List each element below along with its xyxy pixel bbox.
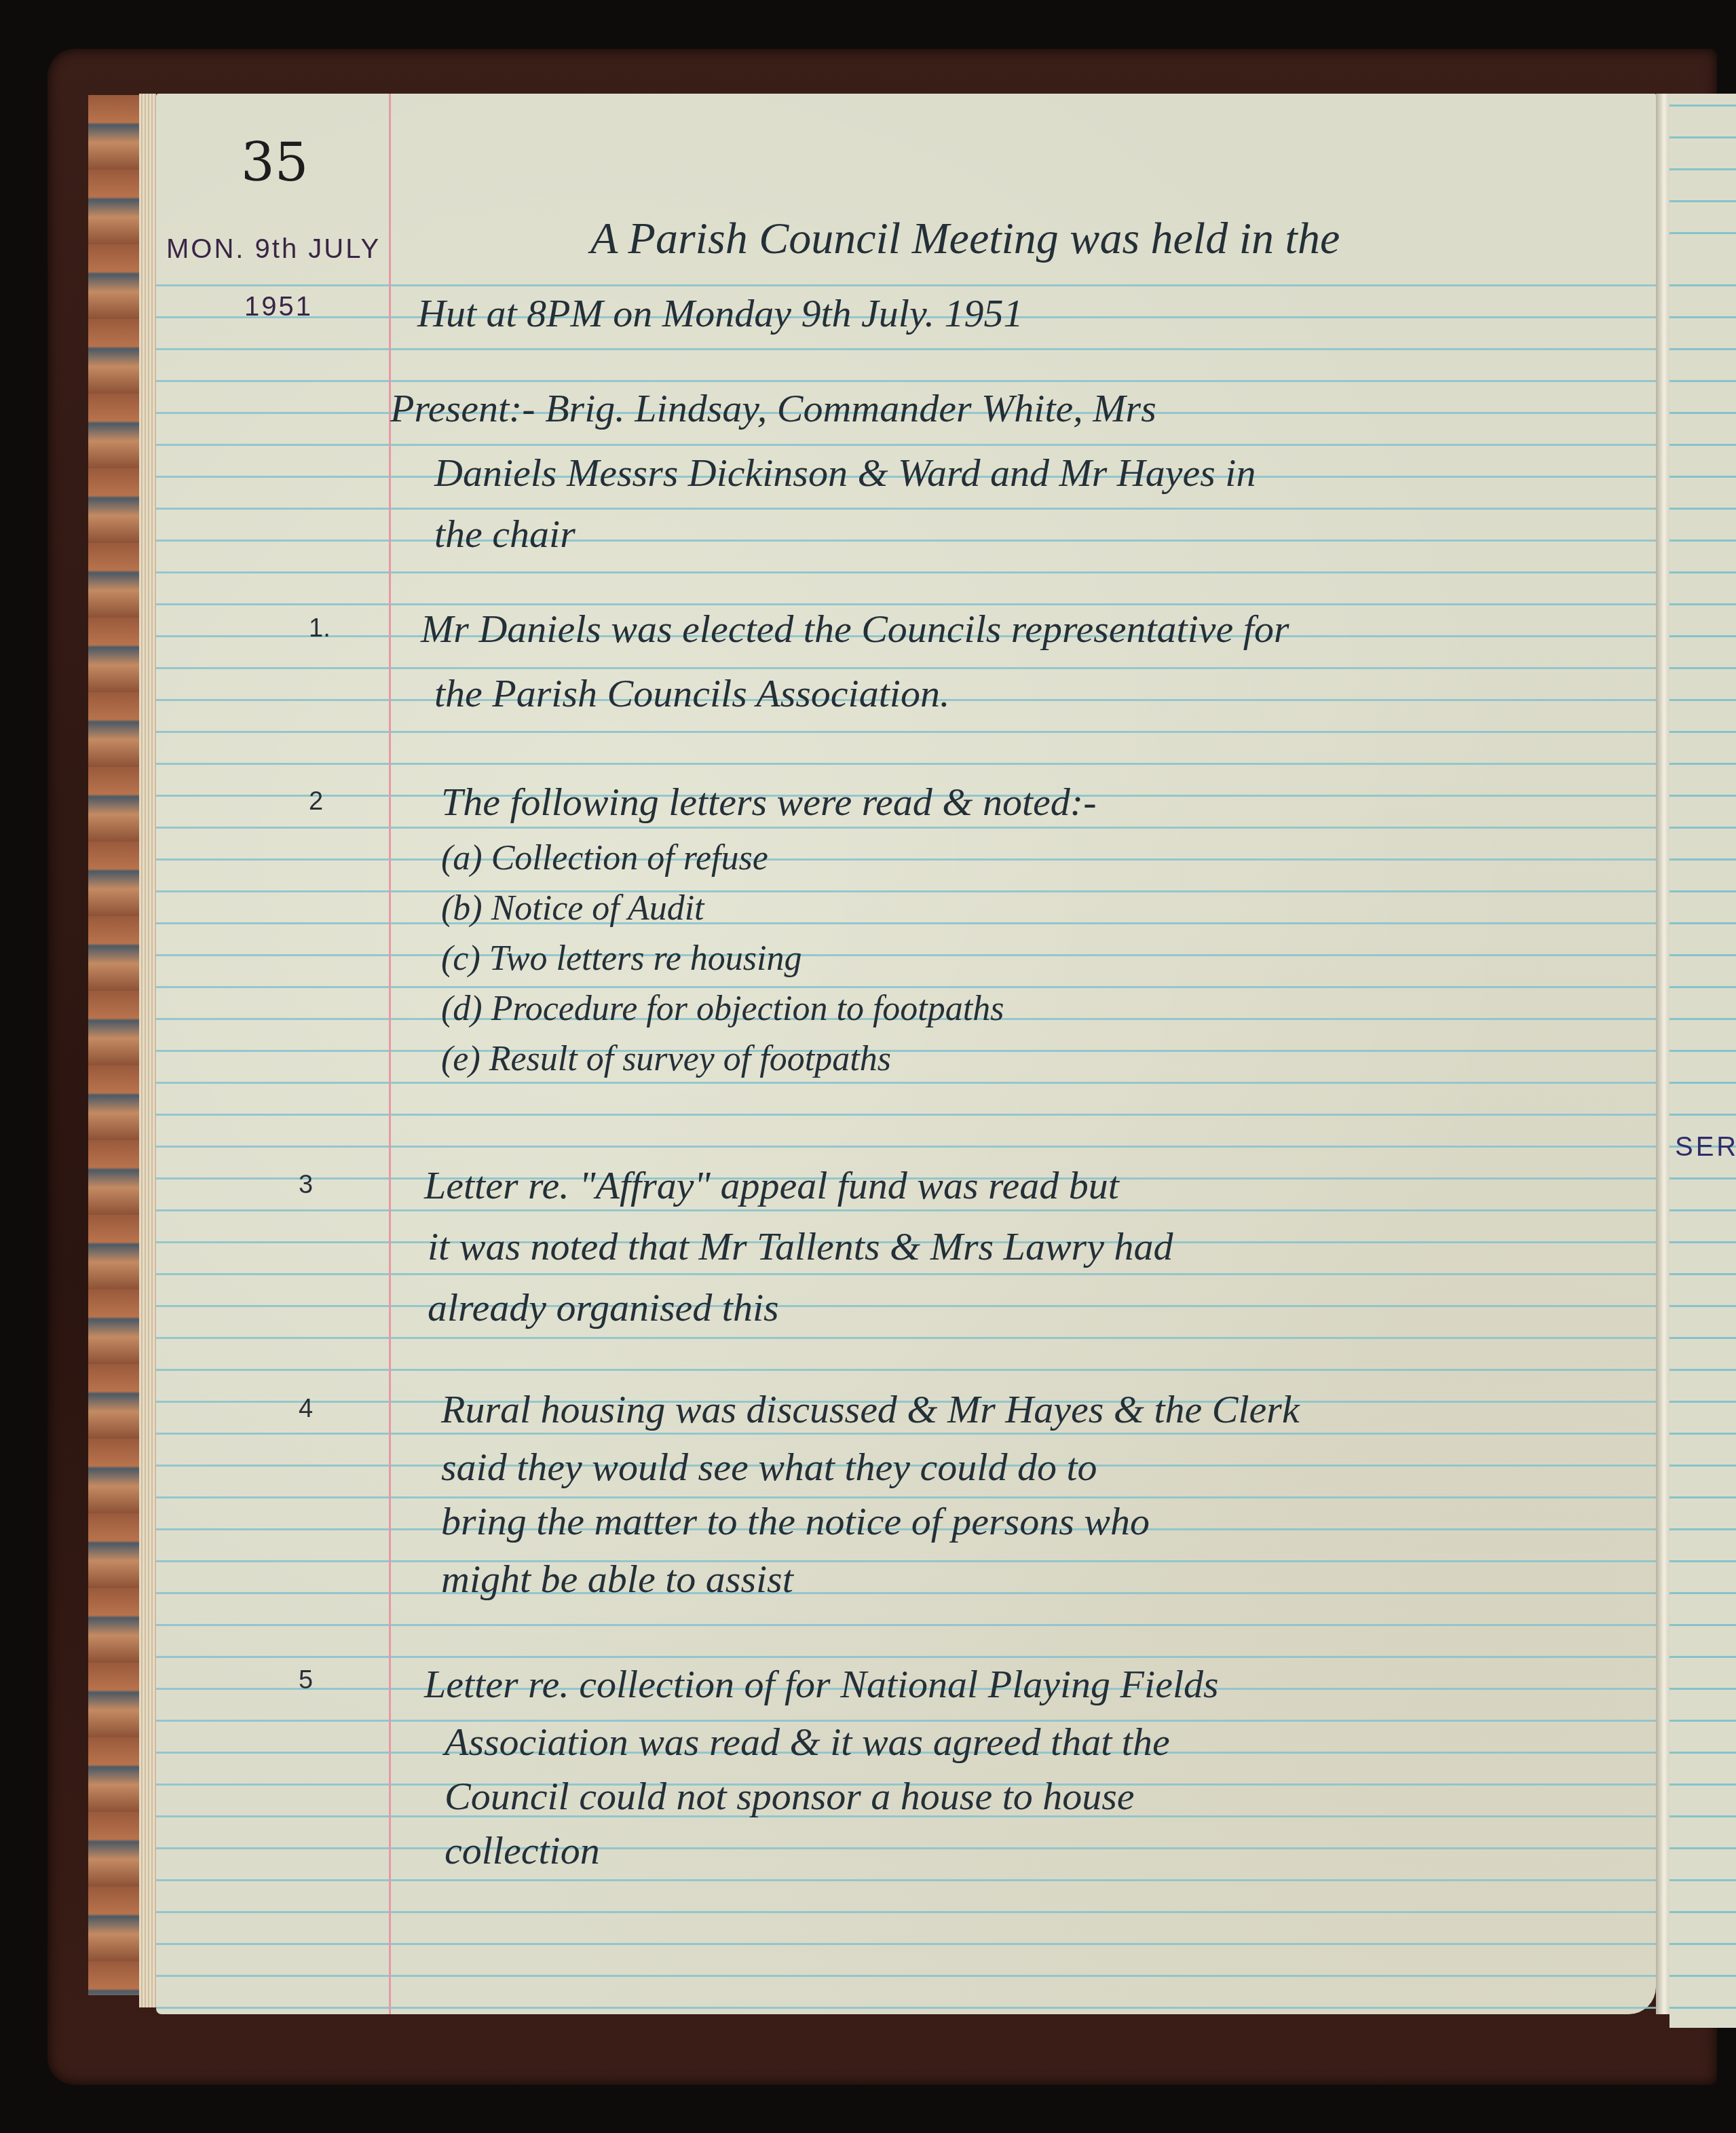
present-line-3: the chair bbox=[434, 502, 575, 565]
item-5-line-1: Letter re. collection of for National Pl… bbox=[424, 1653, 1219, 1716]
item-number: 3 bbox=[299, 1171, 313, 1200]
item-3-line-3: already organised this bbox=[428, 1276, 779, 1339]
item-number: 1. bbox=[309, 614, 331, 643]
facing-page-fragment: SER bbox=[1675, 1132, 1736, 1163]
opening-line-2: Hut at 8PM on Monday 9th July. 1951 bbox=[417, 282, 1023, 345]
item-1-line-2: the Parish Councils Association. bbox=[434, 662, 949, 725]
item-4-line-1: Rural housing was discussed & Mr Hayes &… bbox=[441, 1378, 1300, 1441]
item-3-line-2: it was noted that Mr Tallents & Mrs Lawr… bbox=[428, 1215, 1173, 1278]
margin-date: MON. 9th JULY bbox=[166, 234, 381, 265]
item-5-line-4: collection bbox=[445, 1819, 600, 1882]
book-gutter bbox=[1656, 94, 1669, 2014]
facing-page bbox=[1669, 94, 1736, 2028]
page-stack bbox=[139, 94, 156, 2007]
opening-line-1: A Parish Council Meeting was held in the bbox=[590, 207, 1340, 270]
item-number: 5 bbox=[299, 1666, 313, 1695]
item-2-line-1: The following letters were read & noted:… bbox=[441, 770, 1096, 833]
item-3-line-1: Letter re. "Affray" appeal fund was read… bbox=[424, 1154, 1119, 1217]
margin-year: 1951 bbox=[244, 292, 313, 322]
item-2-sub-e: (e) Result of survey of footpaths bbox=[441, 1027, 891, 1091]
item-1-line-1: Mr Daniels was elected the Councils repr… bbox=[421, 597, 1289, 660]
item-4-line-4: might be able to assist bbox=[441, 1547, 793, 1610]
item-number: 4 bbox=[299, 1395, 313, 1424]
page-edges bbox=[88, 95, 143, 1995]
page-number: 35 bbox=[241, 132, 308, 193]
present-line-2: Daniels Messrs Dickinson & Ward and Mr H… bbox=[434, 441, 1256, 504]
item-number: 2 bbox=[309, 787, 323, 816]
item-4-line-3: bring the matter to the notice of person… bbox=[441, 1490, 1150, 1553]
present-line-1: Present:- Brig. Lindsay, Commander White… bbox=[390, 377, 1156, 440]
